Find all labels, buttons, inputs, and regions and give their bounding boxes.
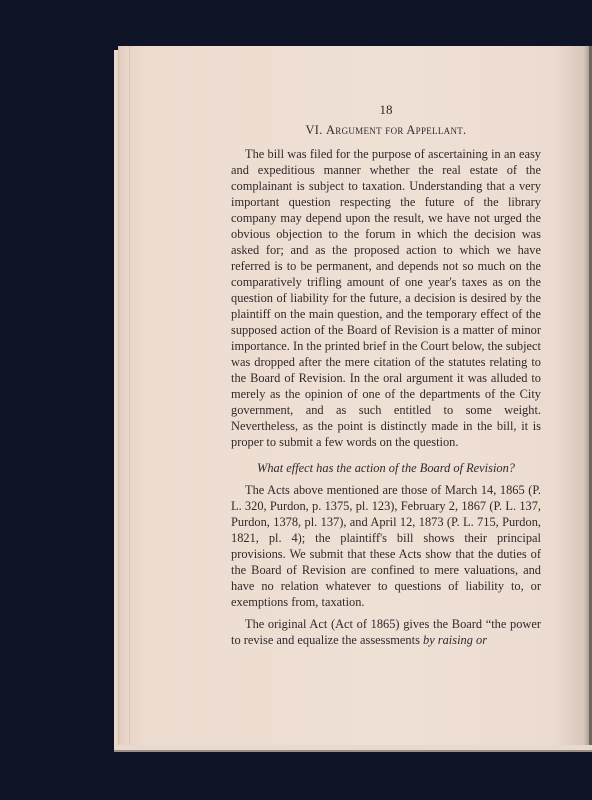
section-heading: VI. Argument for Appellant. (231, 122, 541, 138)
paragraph-3-text: The original Act (Act of 1865) gives the… (231, 617, 541, 647)
book-page: 18 VI. Argument for Appellant. The bill … (118, 46, 592, 745)
paragraph-2: The Acts above mentioned are those of Ma… (231, 482, 541, 610)
section-title: Argument for Appellant. (326, 123, 466, 137)
paragraph-1: The bill was filed for the purpose of as… (231, 146, 541, 450)
section-numeral: VI. (306, 123, 323, 137)
page-gutter (119, 46, 130, 745)
page-number: 18 (231, 102, 541, 118)
page-text-block: 18 VI. Argument for Appellant. The bill … (231, 102, 541, 648)
paragraph-3-italic: by raising or (423, 633, 487, 647)
subheading: What effect has the action of the Board … (231, 460, 541, 476)
paragraph-3: The original Act (Act of 1865) gives the… (231, 616, 541, 648)
